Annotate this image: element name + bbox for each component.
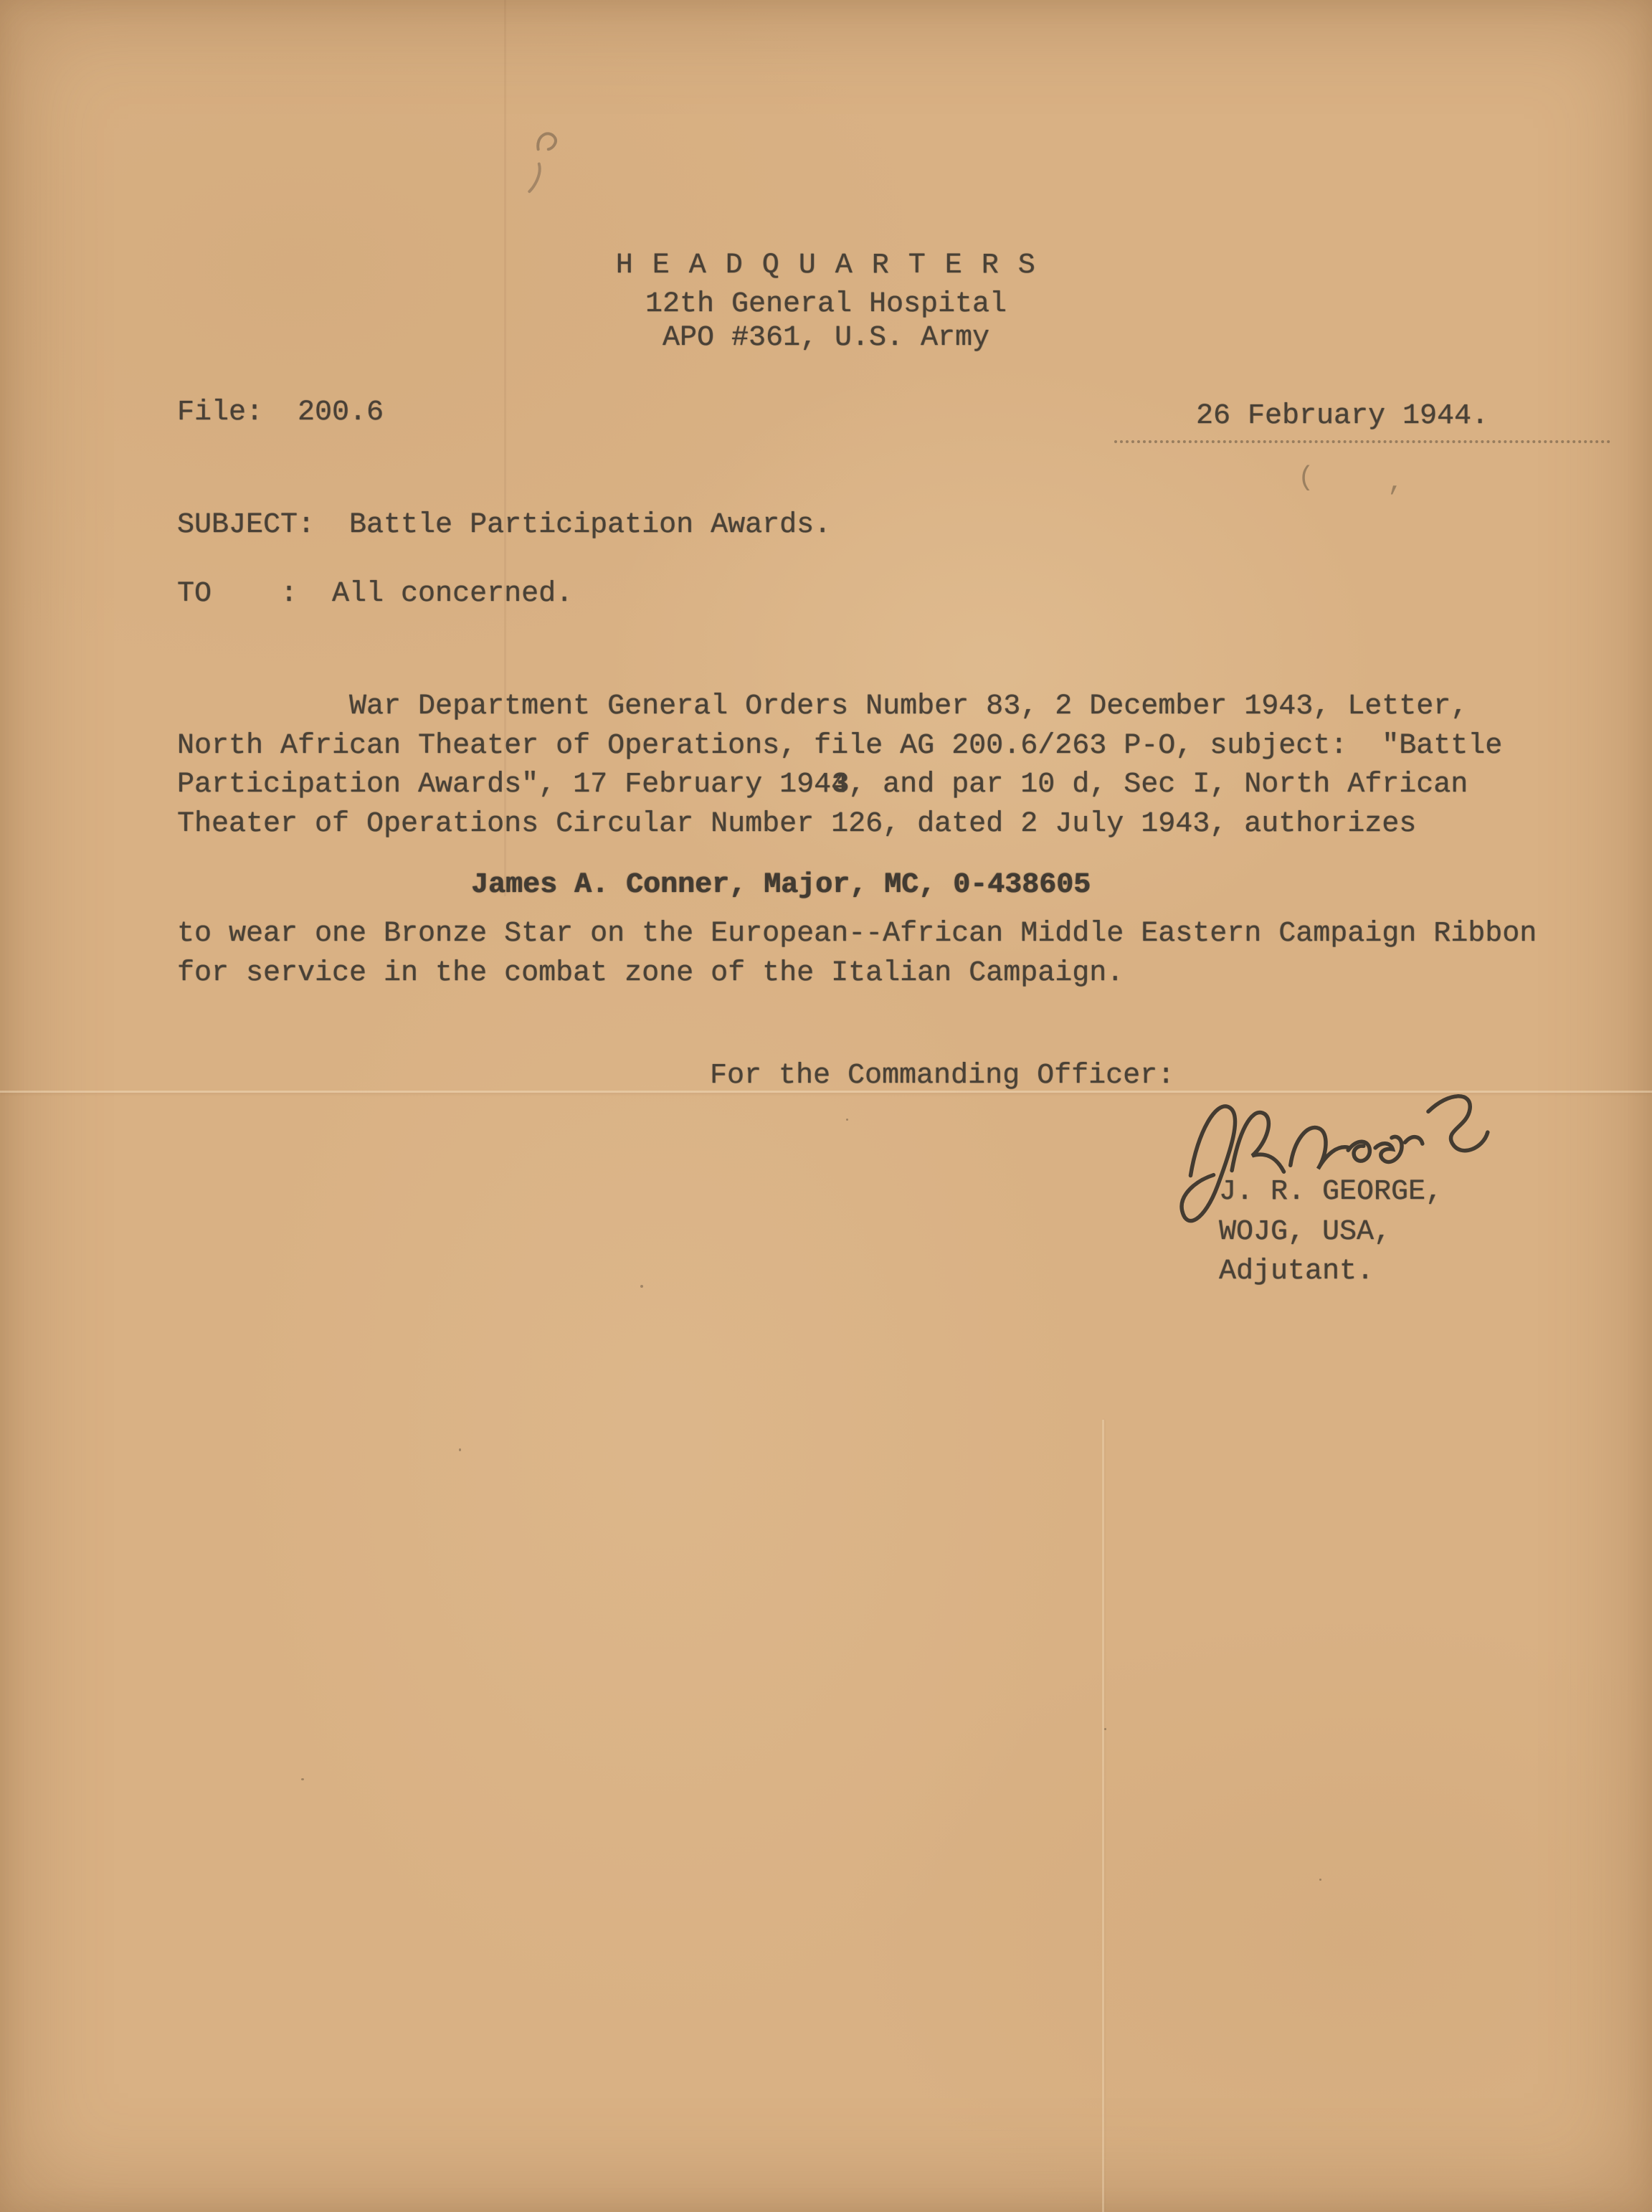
ghost-paren-mark: (	[1298, 462, 1314, 493]
body-line-3: Participation Awards", 17 February 19443…	[177, 769, 1468, 802]
paper-speck	[1319, 1879, 1321, 1881]
body-line-3-pre: Participation Awards", 17 February 194	[177, 769, 831, 801]
signatory-name: J. R. GEORGE,	[1219, 1176, 1443, 1209]
signature-script	[1140, 1059, 1510, 1240]
signatory-title: Adjutant.	[1219, 1255, 1374, 1288]
letterhead-apo: APO #361, U.S. Army	[0, 322, 1652, 355]
pencil-mark	[524, 125, 568, 201]
awardee-name-line: James A. Conner, Major, MC, 0-438605	[471, 869, 1091, 902]
body-line-6: for service in the combat zone of the It…	[177, 957, 1124, 990]
body-line-3-post: , and par 10 d, Sec I, North African	[848, 769, 1468, 801]
body-line-2: North African Theater of Operations, fil…	[177, 730, 1502, 763]
letterhead-headquarters: H E A D Q U A R T E R S	[0, 250, 1652, 283]
signatory-rank: WOJG, USA,	[1219, 1216, 1391, 1249]
overstruck-digit: 43	[831, 769, 848, 802]
body-line-1: War Department General Orders Number 83,…	[177, 690, 1468, 723]
subject-line: SUBJECT: Battle Participation Awards.	[177, 509, 831, 542]
letter-page: H E A D Q U A R T E R S 12th General Hos…	[0, 0, 1652, 2212]
ghost-comma-mark: ,	[1387, 467, 1404, 498]
paper-speck	[1104, 1728, 1106, 1730]
body-line-4: Theater of Operations Circular Number 12…	[177, 808, 1416, 841]
to-line: TO : All concerned.	[177, 578, 573, 611]
paper-speck	[640, 1285, 643, 1288]
letterhead-unit: 12th General Hospital	[0, 288, 1652, 321]
paper-speck	[846, 1119, 848, 1121]
closing-line: For the Commanding Officer:	[710, 1060, 1174, 1093]
body-line-5: to wear one Bronze Star on the European-…	[177, 918, 1537, 951]
date-ghost-underline	[1114, 410, 1610, 443]
paper-speck	[301, 1778, 304, 1780]
overstrike-top: 3	[832, 769, 849, 802]
file-number-line: File: 200.6	[177, 397, 384, 429]
vertical-fold-crease-bottom	[1102, 1420, 1104, 2212]
paper-speck	[459, 1448, 461, 1451]
